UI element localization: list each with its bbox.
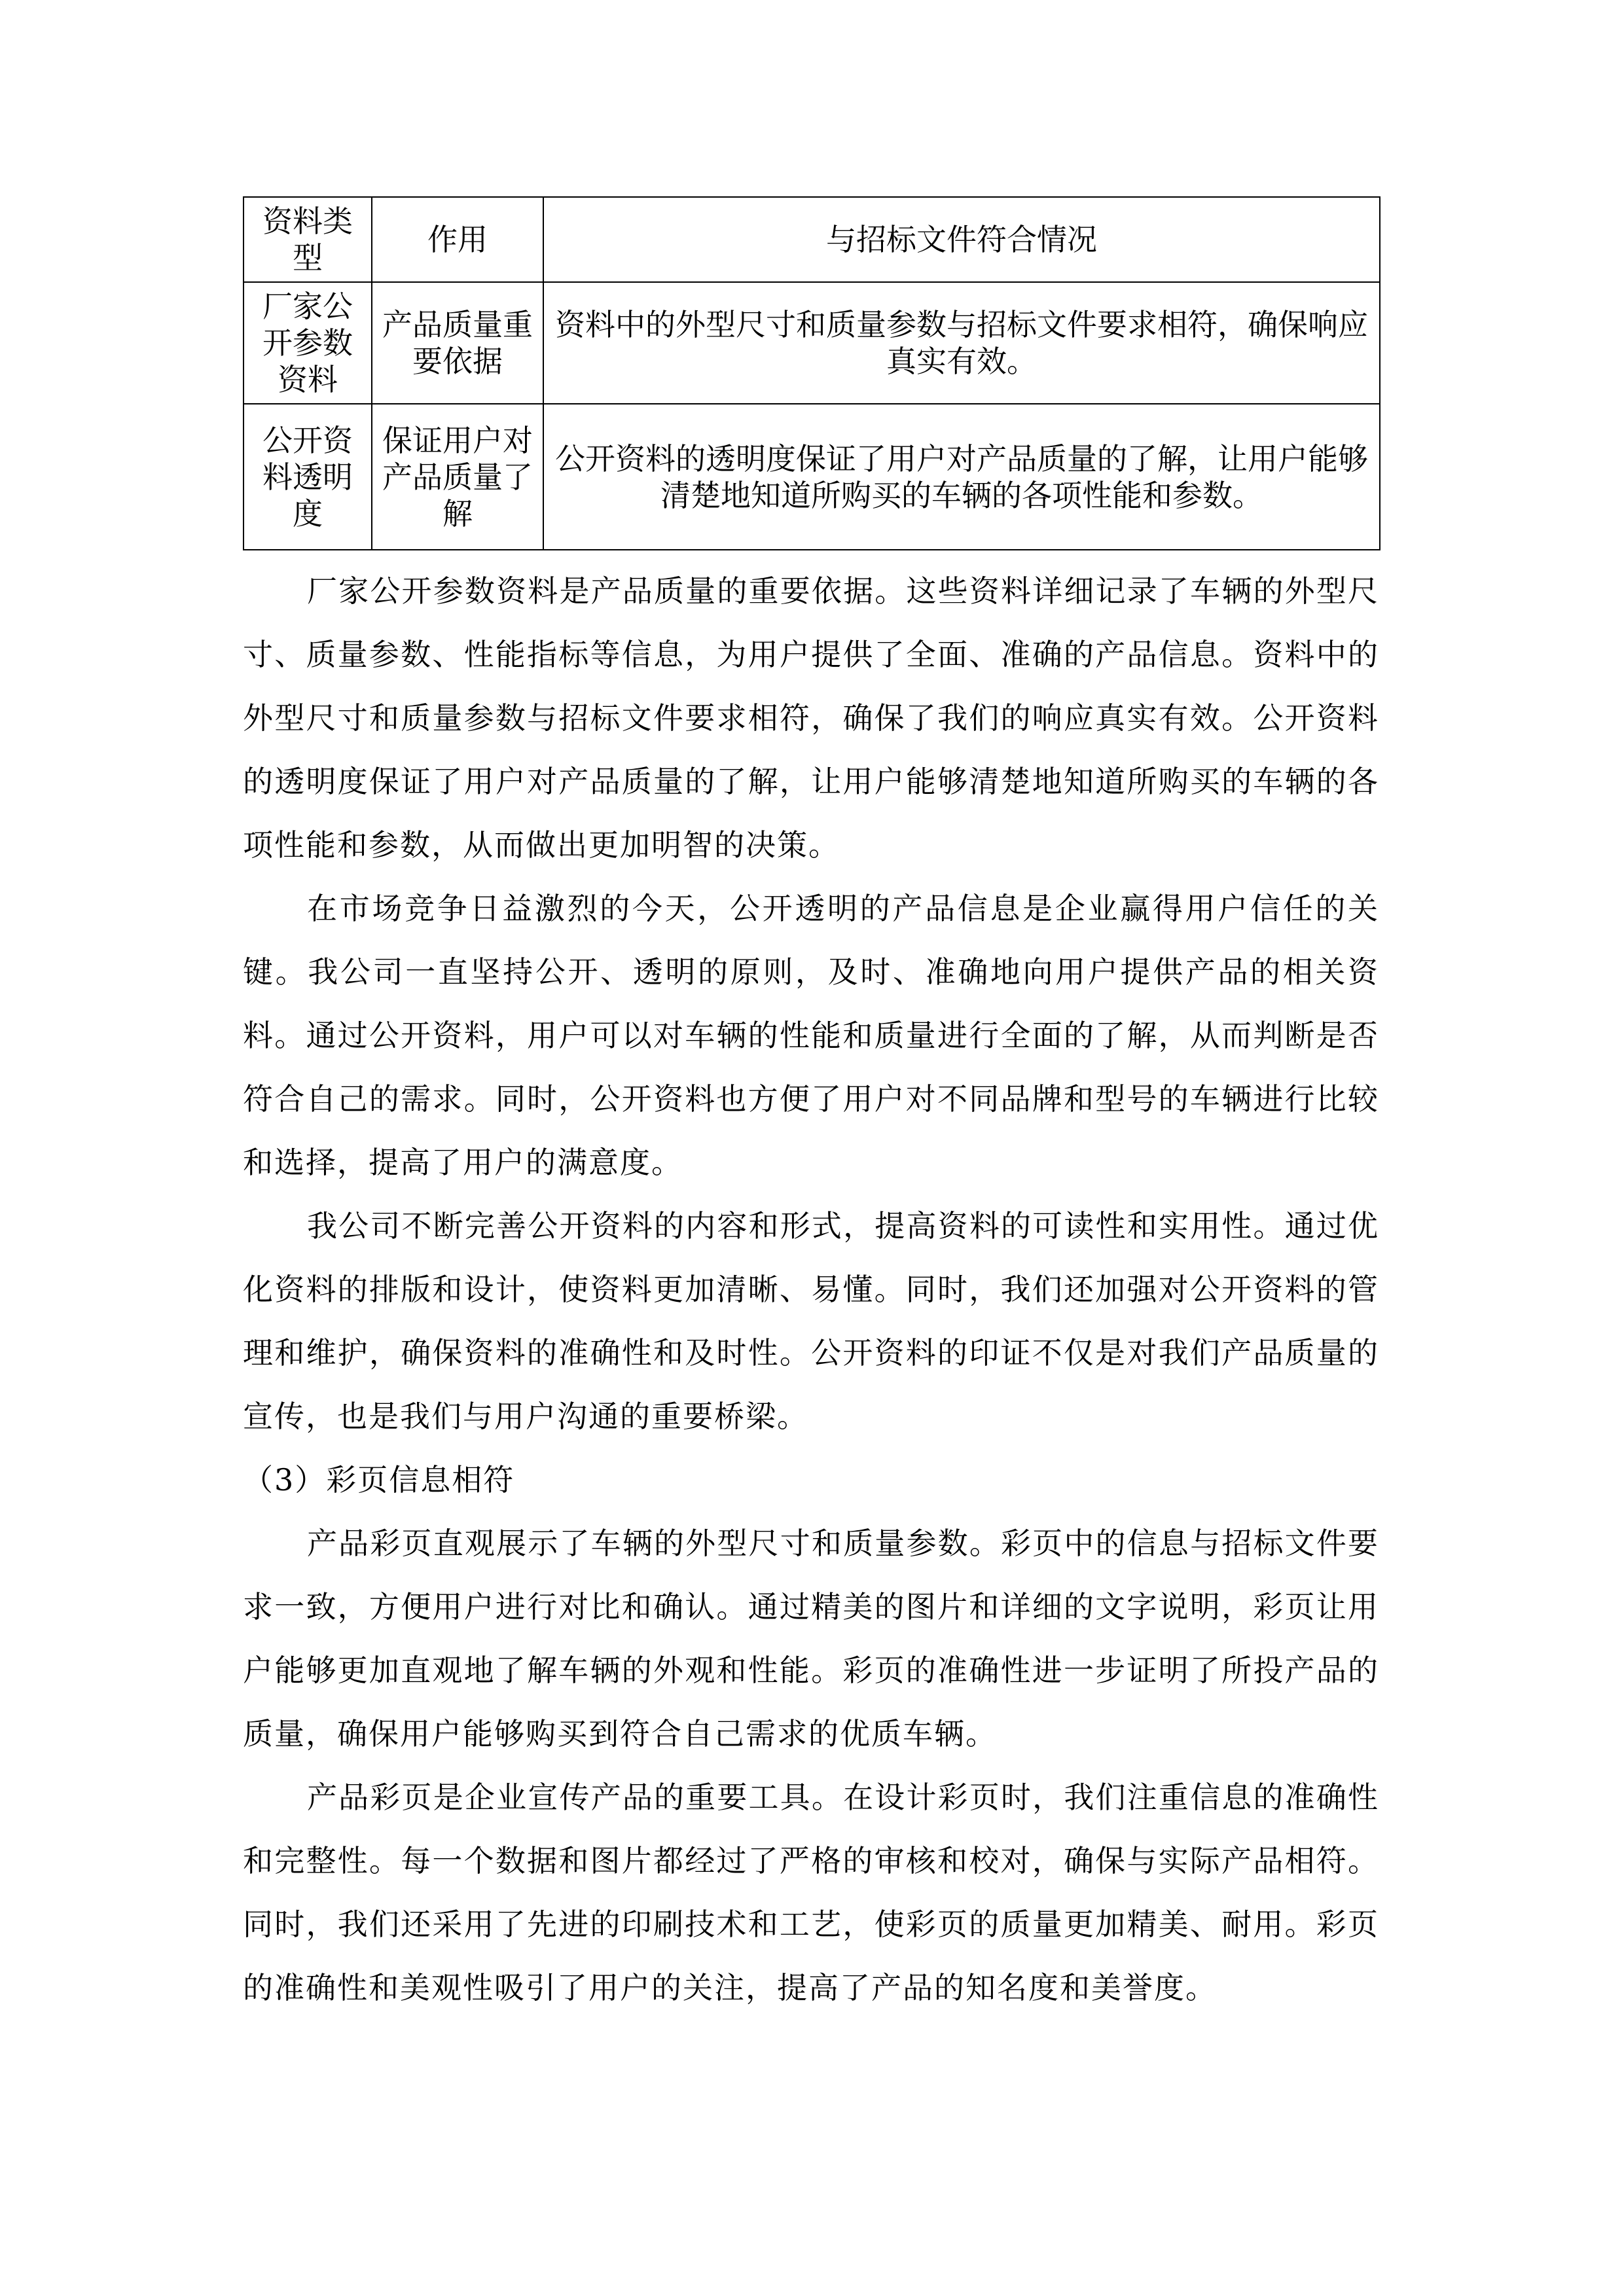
paragraph: 厂家公开参数资料是产品质量的重要依据。这些资料详细记录了车辆的外型尺寸、质量参数… [243, 560, 1379, 877]
table-row: 公开资料透明度 保证用户对产品质量了解 公开资料的透明度保证了用户对产品质量的了… [244, 404, 1380, 550]
paragraph: 产品彩页直观展示了车辆的外型尺寸和质量参数。彩页中的信息与招标文件要求一致，方便… [243, 1512, 1379, 1766]
header-cell-compliance: 与招标文件符合情况 [543, 197, 1380, 282]
data-compliance-table: 资料类型 作用 与招标文件符合情况 厂家公开参数资料 产品质量重要依据 资料中的… [243, 196, 1380, 550]
cell-role: 保证用户对产品质量了解 [372, 404, 543, 550]
cell-role: 产品质量重要依据 [372, 282, 543, 404]
header-cell-role: 作用 [372, 197, 543, 282]
paragraph: 产品彩页是企业宣传产品的重要工具。在设计彩页时，我们注重信息的准确性和完整性。每… [243, 1766, 1379, 2020]
cell-compliance: 公开资料的透明度保证了用户对产品质量的了解，让用户能够清楚地知道所购买的车辆的各… [543, 404, 1380, 550]
paragraph: 在市场竞争日益激烈的今天，公开透明的产品信息是企业赢得用户信任的关键。我公司一直… [243, 877, 1379, 1194]
header-cell-type: 资料类型 [244, 197, 372, 282]
body-text: 厂家公开参数资料是产品质量的重要依据。这些资料详细记录了车辆的外型尺寸、质量参数… [243, 560, 1379, 2020]
table-row: 厂家公开参数资料 产品质量重要依据 资料中的外型尺寸和质量参数与招标文件要求相符… [244, 282, 1380, 404]
paragraph: 我公司不断完善公开资料的内容和形式，提高资料的可读性和实用性。通过优化资料的排版… [243, 1194, 1379, 1448]
table-header-row: 资料类型 作用 与招标文件符合情况 [244, 197, 1380, 282]
document-page: 资料类型 作用 与招标文件符合情况 厂家公开参数资料 产品质量重要依据 资料中的… [243, 196, 1379, 2020]
cell-type: 公开资料透明度 [244, 404, 372, 550]
cell-compliance: 资料中的外型尺寸和质量参数与招标文件要求相符，确保响应真实有效。 [543, 282, 1380, 404]
cell-type: 厂家公开参数资料 [244, 282, 372, 404]
section-heading: （3）彩页信息相符 [243, 1448, 1379, 1512]
